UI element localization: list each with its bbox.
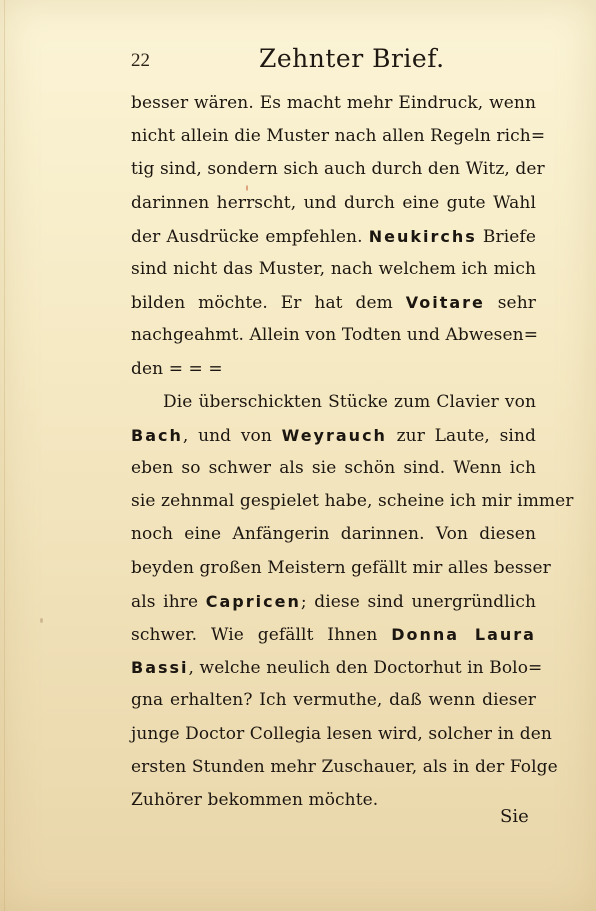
book-page: 22 Zehnter Brief. besser wären. Es macht… [0,0,596,911]
text-run: den = = = [131,359,223,379]
text-line: noch eine Anfängerin darinnen. Von diese… [131,518,536,551]
text-line: der Ausdrücke empfehlen. Neukirchs Brief… [131,220,536,253]
text-run: Briefe [477,227,536,247]
text-line: junge Doctor Collegia lesen wird, solche… [131,718,536,751]
text-line: schwer. Wie gefällt Ihnen Donna Laura [131,618,536,651]
text-line: Die überschickten Stücke zum Clavier von [131,386,536,419]
text-line: nicht allein die Muster nach allen Regel… [131,120,536,153]
text-line: Zuhörer bekommen möchte. [131,784,536,817]
text-run: bilden möchte. Er hat dem [131,293,406,313]
body-text: besser wären. Es macht mehr Eindruck, we… [131,87,536,817]
emphasized-name: Bassi [131,658,189,677]
text-run: eben so schwer als sie schön sind. Wenn … [131,458,536,478]
text-line: sie zehnmal gespielet habe, scheine ich … [131,485,536,518]
page-number: 22 [131,50,150,72]
text-run: sind nicht das Muster, nach welchem ich … [131,259,536,279]
text-run: schwer. Wie gefällt Ihnen [131,625,391,645]
text-run: ersten Stunden mehr Zuschauer, als in de… [131,757,558,777]
text-run: beyden großen Meistern gefällt mir alles… [131,558,551,578]
page-edge [4,0,5,911]
text-line: ersten Stunden mehr Zuschauer, als in de… [131,751,536,784]
paper-blemish [40,618,43,623]
text-line: bilden möchte. Er hat dem Voitare sehr [131,286,536,319]
paper-blemish [246,185,248,191]
text-run: gna erhalten? Ich vermuthe, daß wenn die… [131,690,536,710]
emphasized-name: Donna Laura [391,625,536,644]
emphasized-name: Bach [131,426,183,445]
text-line: sind nicht das Muster, nach welchem ich … [131,253,536,286]
emphasized-name: Voitare [406,293,485,312]
emphasized-name: Capricen [206,592,301,611]
text-run: als ihre [131,592,206,612]
text-line: eben so schwer als sie schön sind. Wenn … [131,452,536,485]
text-run: Die überschickten Stücke zum Clavier von [163,392,536,412]
text-line: besser wären. Es macht mehr Eindruck, we… [131,87,536,120]
text-line: den = = = [131,353,536,386]
emphasized-name: Neukirchs [369,227,477,246]
emphasized-name: Weyrauch [282,426,387,445]
text-run: Zuhörer bekommen möchte. [131,790,378,810]
text-run: ; diese sind unergründlich [301,592,536,612]
text-run: nachgeahmt. Allein von Todten und Abwese… [131,325,538,345]
text-run: sehr [485,293,536,313]
text-run: der Ausdrücke empfehlen. [131,227,369,247]
text-line: nachgeahmt. Allein von Todten und Abwese… [131,319,536,352]
page-header: 22 Zehnter Brief. [131,44,536,78]
text-run: besser wären. Es macht mehr Eindruck, we… [131,93,536,113]
text-run: , und von [183,426,282,446]
text-run: nicht allein die Muster nach allen Regel… [131,126,545,146]
text-line: beyden großen Meistern gefällt mir alles… [131,552,536,585]
text-line: Bach, und von Weyrauch zur Laute, sind [131,419,536,452]
text-line: als ihre Capricen; diese sind unergründl… [131,585,536,618]
text-run: junge Doctor Collegia lesen wird, solche… [131,724,552,744]
text-run: darinnen herrscht, und durch eine gute W… [131,193,536,213]
text-line: darinnen herrscht, und durch eine gute W… [131,187,536,220]
text-line: tig sind, sondern sich auch durch den Wi… [131,153,536,186]
text-run: noch eine Anfängerin darinnen. Von diese… [131,524,536,544]
text-line: gna erhalten? Ich vermuthe, daß wenn die… [131,684,536,717]
text-run: sie zehnmal gespielet habe, scheine ich … [131,491,574,511]
text-run: zur Laute, sind [387,426,536,446]
text-run: , welche neulich den Doctorhut in Bolo= [189,658,543,678]
text-line: Bassi, welche neulich den Doctorhut in B… [131,651,536,684]
catchword: Sie [500,806,529,827]
text-run: tig sind, sondern sich auch durch den Wi… [131,159,545,179]
running-title: Zehnter Brief. [259,44,445,73]
